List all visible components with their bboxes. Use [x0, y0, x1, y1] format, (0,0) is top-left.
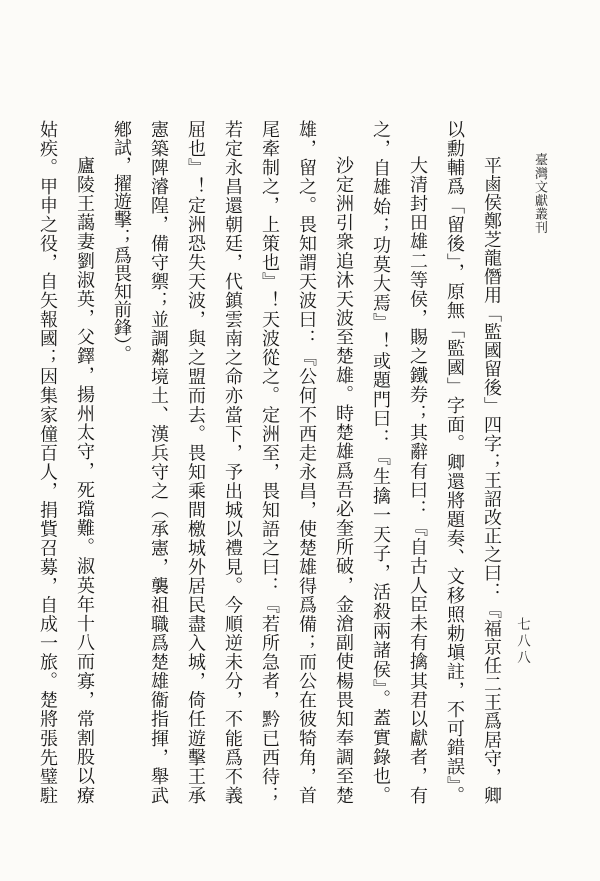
text-column: 之，自雄始；功莫大焉』！或題門曰：『生擒一天子，活殺兩諸侯』。蓋實錄也。 — [367, 120, 394, 804]
text-column: 憲築陴濬隍，備守禦；並調鄰境土、漢兵守之（承憲，襲祖職爲楚雄衞指揮，舉武 — [145, 120, 172, 804]
page-number: 七八八 — [512, 617, 532, 667]
text-column: 尾牽制之，上策也』！天波從之。定洲至，畏知語之曰：『若所急者，黔已西待； — [256, 120, 283, 804]
text-column: 鄕試，擢遊擊；爲畏知前鋒）。 — [108, 120, 135, 804]
text-column: 大清封田雄二等侯，賜之鐵券；其辭有曰：『自古人臣未有擒其君以獻者，有 — [404, 120, 431, 804]
text-column: 姑疾。甲申之役，自矢報國；因集家僮百人，捐貲召募，自成一旅。楚將張先璧駐 — [34, 120, 61, 804]
text-column: 沙定洲引衆追沐天波至楚雄。時楚雄爲吾必奎所破，金滄副使楊畏知奉調至楚 — [330, 120, 357, 804]
text-column: 屈也』！定洲恐失天波，與之盟而去。畏知乘間檄城外居民盡入城，倚任遊擊王承 — [182, 120, 209, 804]
book-page: 臺灣文獻叢刊 七八八 平鹵侯鄭芝龍僭用「監國留後」四字；王詔改正之曰：『福京任二… — [0, 0, 600, 881]
text-column: 雄，留之。畏知謂天波曰：『公何不西走永昌，使楚雄得爲備；而公在彼犄角，首 — [293, 120, 320, 804]
text-block: 平鹵侯鄭芝龍僭用「監國留後」四字；王詔改正之曰：『福京任二王爲居守，卿 以勳輔爲… — [34, 120, 505, 804]
text-column: 平鹵侯鄭芝龍僭用「監國留後」四字；王詔改正之曰：『福京任二王爲居守，卿 — [478, 120, 505, 804]
text-column: 廬陵王藹妻劉淑英，父鐸，揚州太守，死璫難。淑英年十八而寡，常割股以療 — [71, 120, 98, 804]
running-header: 臺灣文獻叢刊 — [531, 153, 550, 234]
text-column: 以勳輔爲「留後」，原無「監國」字面。卿還將題奏、文移照勅塡註，不可錯誤』。 — [441, 120, 468, 804]
text-column: 若定永昌還朝廷，代鎮雲南之命亦當下，予出城以禮見。今順逆未分，不能爲不義 — [219, 120, 246, 804]
